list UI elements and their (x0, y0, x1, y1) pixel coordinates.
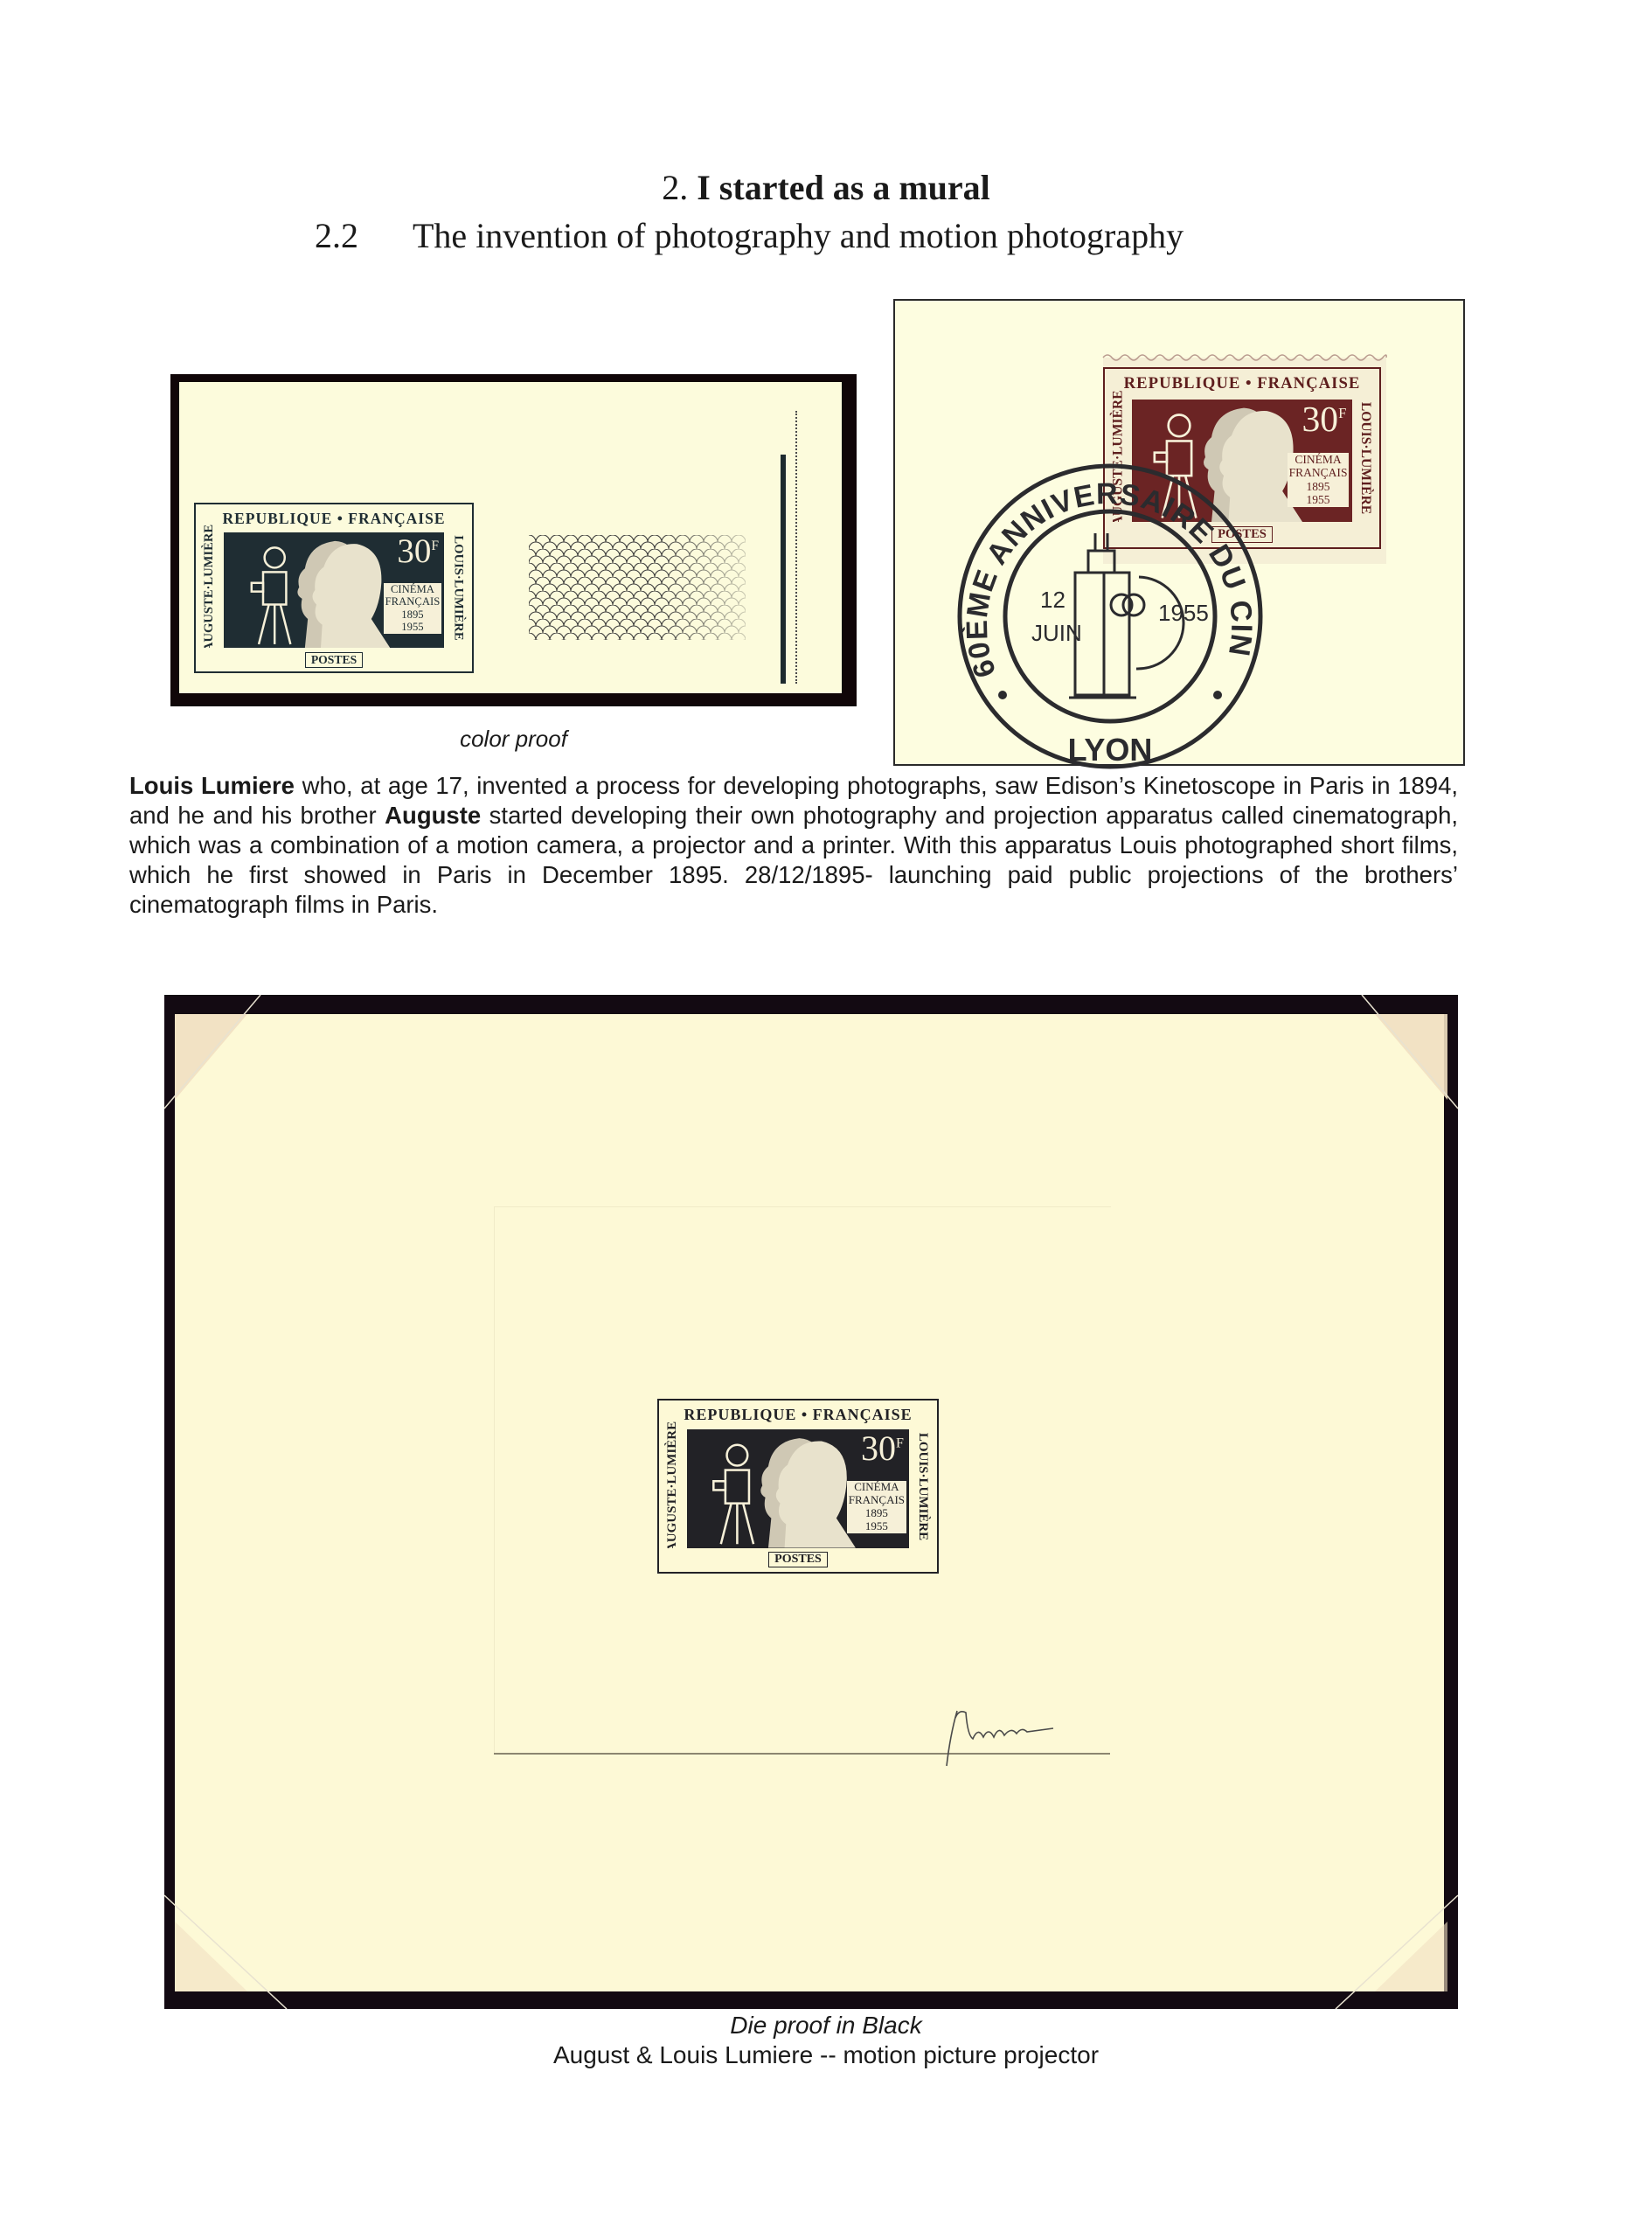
color-proof-stamp: REPUBLIQUE • FRANÇAISE AUGUSTE·LUMIÈRE L… (194, 503, 474, 673)
stamp-right-text: LOUIS·LUMIÈRE (909, 1424, 937, 1547)
section-title: I started as a mural (697, 168, 990, 207)
sheet-margin-line (781, 455, 786, 684)
description-paragraph: Louis Lumiere who, at age 17, invented a… (129, 771, 1458, 920)
section-heading: 2. I started as a mural (0, 168, 1652, 208)
stamp-cinema-dates: CINÉMAFRANÇAIS18951955 (847, 1481, 906, 1533)
color-proof-caption: color proof (170, 726, 857, 753)
lumiere-brothers-portrait (241, 532, 400, 648)
stamp-left-text: AUGUSTE·LUMIÈRE (196, 528, 224, 649)
stamp-left-text: AUGUSTE·LUMIÈRE (659, 1424, 687, 1547)
stamp-denomination: 30F (861, 1428, 904, 1469)
die-proof-stamp: REPUBLIQUE • FRANÇAISE AUGUSTE·LUMIÈRE L… (657, 1399, 939, 1574)
die-proof-caption-subtitle: August & Louis Lumiere -- motion picture… (0, 2040, 1652, 2070)
postmark-day: 12 (1040, 587, 1065, 613)
die-proof-caption-title: Die proof in Black (0, 2011, 1652, 2040)
stamp-bottom-band: POSTES (196, 648, 472, 671)
lyon-postmark-cancel: 60ÈME ANNIVERSAIRE DU CINÉMA FRANÇAIS LY… (948, 455, 1272, 778)
subsection-heading: 2.2The invention of photography and moti… (315, 214, 1183, 258)
stamp-cinema-dates: CINÉMAFRANÇAIS18951955 (1288, 453, 1350, 507)
name-auguste: Auguste (385, 802, 481, 829)
section-number: 2. (662, 168, 688, 207)
stamp-denomination: 30F (1301, 398, 1346, 440)
stamp-right-text: LOUIS·LUMIÈRE (444, 528, 472, 649)
lumiere-brothers-portrait (705, 1429, 864, 1547)
stamp-right-text: LOUIS·LUMIÈRE (1352, 394, 1379, 523)
sheet-margin-dots (795, 411, 799, 684)
name-louis: Louis Lumiere (129, 772, 295, 799)
postmark-city: LYON (1068, 732, 1153, 768)
subsection-number: 2.2 (315, 214, 413, 258)
stamp-cinema-dates: CINÉMAFRANÇAIS18951955 (384, 583, 442, 634)
stamp-denomination: 30F (397, 532, 439, 571)
engraver-signature (940, 1700, 1097, 1770)
subsection-title: The invention of photography and motion … (413, 216, 1183, 255)
die-proof-caption: Die proof in Black August & Louis Lumier… (0, 2011, 1652, 2070)
scale-pattern-control-block (529, 535, 746, 640)
stamp-bottom-band: POSTES (659, 1548, 937, 1572)
